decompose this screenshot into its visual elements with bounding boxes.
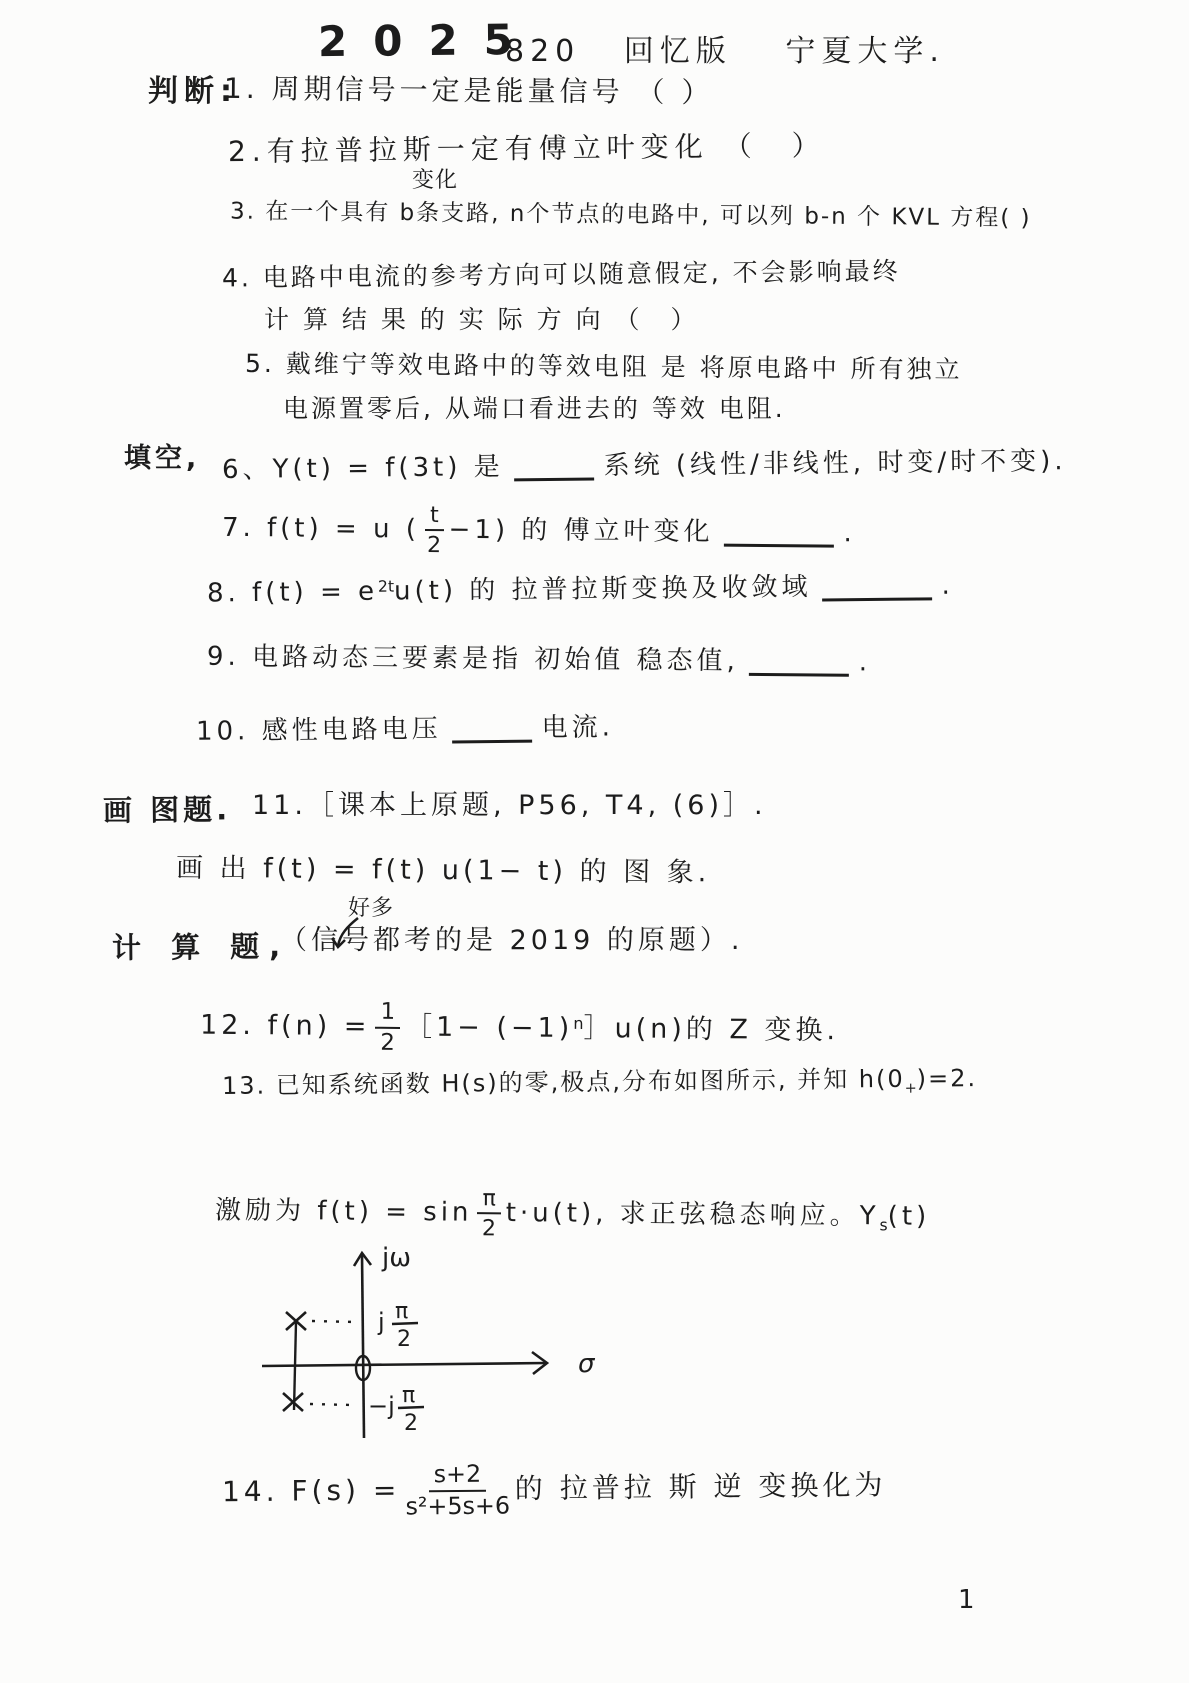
calc-q12-mid: ［1− (−1) [405, 1011, 574, 1043]
pole-upper-leader-line [312, 1321, 356, 1322]
header-recall-label: 回忆版 [624, 34, 732, 69]
fill-q8-mid: u(t) 的 拉普拉斯变换及收敛域 [394, 572, 812, 606]
calc-q13-response-subscript: s [879, 1216, 887, 1234]
sigma-axis [262, 1363, 546, 1366]
judge-q1: 1. 周期信号一定是能量信号 （ ） [224, 72, 714, 110]
pole-upper-label-numerator: π [395, 1299, 408, 1324]
judge-q4-line1: 4. 电路中电流的参考方向可以随意假定, 不会影响最终 [222, 256, 901, 293]
fill-q7-blank [723, 515, 833, 548]
judge-q4-line2: 计 算 结 果 的 实 际 方 向 （ ） [264, 305, 699, 335]
fill-q7-end: . [843, 518, 856, 548]
draw-q11: 11.［课本上原题, P56, T4, (6)］. [252, 790, 767, 822]
fill-q10: 10. 感性电路电压电流. [196, 710, 614, 748]
judge-q5-line2: 电源置零后, 从端口看进去的 等效 电阻. [283, 394, 786, 424]
calc-q12-pre: 12. f(n) = [200, 1010, 371, 1042]
calc-q14-pre: 14. F(s) = [222, 1473, 401, 1508]
calc-q13-line1-pre: 13. 已知系统函数 H(s)的零,极点,分布如图所示, 并知 h(0 [222, 1065, 905, 1100]
fill-q9-pre: 9. 电路动态三要素是指 初始值 稳态值, [207, 642, 739, 677]
header-university: 宁夏大学. [785, 34, 945, 69]
calc-note: （信号都考的是 2019 的原题）. [280, 925, 743, 957]
fraction-denominator: 2 [427, 531, 441, 556]
section-label-fill: 填空, [124, 443, 200, 475]
fraction-denominator: 2 [380, 1029, 395, 1055]
pole-lower-label-numerator: π [402, 1383, 415, 1408]
fill-q7-pre: 7. f(t) = u ( [222, 513, 420, 545]
fraction-numerator: π [477, 1187, 501, 1214]
calc-q12-post: ］u(n)的 Z 变换. [583, 1013, 839, 1046]
pole-upper-fraction-bar [392, 1323, 418, 1324]
header-exam-info: 820 回忆版 宁夏大学. [505, 34, 945, 70]
fill-q10-blank [451, 711, 531, 743]
fill-q7-fraction: t2 [425, 504, 444, 556]
fraction-numerator: t [425, 504, 444, 531]
fill-q6-blank [514, 449, 594, 481]
calc-q12: 12. f(n) =12［1− (−1)n］u(n)的 Z 变换. [200, 999, 840, 1058]
page-number: 1 [958, 1585, 975, 1615]
fill-q8: 8. f(t) = e2tu(t) 的 拉普拉斯变换及收敛域. [207, 568, 954, 610]
pole-lower-leader-line [310, 1404, 352, 1405]
judge-q3: 3. 在一个具有 b条支路, n个节点的电路中, 可以列 b-n 个 KVL 方… [230, 199, 1032, 234]
calc-q13-line1: 13. 已知系统函数 H(s)的零,极点,分布如图所示, 并知 h(0+)=2. [222, 1064, 977, 1105]
calc-q13-line2-end: (t) [888, 1201, 931, 1231]
calc-q12-fraction: 12 [375, 1001, 400, 1055]
exam-page: 2025 820 回忆版 宁夏大学. 判断: 1. 周期信号一定是能量信号 （ … [0, 0, 1189, 1683]
header-exam-code: 820 [505, 34, 580, 69]
pole-lower-label-prefix: −j [368, 1392, 395, 1420]
calc-q14-post: 的 拉普拉 斯 逆 变换化为 [515, 1468, 887, 1505]
section-label-draw: 画 图题. [103, 792, 231, 828]
fill-q8-exponent: 2t [378, 578, 394, 596]
fraction-denominator: s²+5s+6 [405, 1491, 510, 1519]
calc-q13-line2: 激励为 f(t) = sinπ2t·u(t), 求正弦稳态响应。Ys(t) [215, 1185, 931, 1243]
fill-q8-pre: 8. f(t) = e [207, 577, 378, 609]
calc-q13-fraction: π2 [477, 1187, 501, 1239]
fill-q7-mid: −1) 的 傅立叶变化 [448, 515, 713, 547]
fraction-numerator: s+2 [429, 1463, 487, 1492]
pole-lower-fraction-bar [398, 1407, 424, 1408]
calc-q12-exponent: n [573, 1014, 583, 1033]
pole-zero-diagram: jω σ j π 2 −j π 2 [230, 1238, 650, 1448]
judge-q2: 2.有拉普拉斯一定有傅立叶变化 （ ） [228, 129, 826, 169]
pole-lower-label-denominator: 2 [404, 1411, 418, 1436]
fill-q6-pre: 6、Y(t) = f(3t) 是 [222, 452, 504, 485]
calc-q13-line1-end: )=2. [917, 1064, 978, 1093]
calc-q13-line2-pre: 激励为 f(t) = sin [215, 1195, 473, 1227]
fraction-denominator: 2 [482, 1214, 496, 1239]
fill-q9: 9. 电路动态三要素是指 初始值 稳态值,. [207, 639, 871, 679]
jw-axis [362, 1254, 364, 1438]
fill-q6: 6、Y(t) = f(3t) 是系统 (线性/非线性, 时变/时不变). [222, 444, 1067, 487]
fill-q10-post: 电流. [541, 712, 614, 743]
fill-q10-pre: 10. 感性电路电压 [196, 714, 442, 747]
fill-q7: 7. f(t) = u (t2−1) 的 傅立叶变化. [222, 502, 856, 560]
fill-q8-blank [821, 568, 931, 601]
calc-q14-fraction: s+2s²+5s+6 [405, 1462, 510, 1519]
fill-q6-post: 系统 (线性/非线性, 时变/时不变). [604, 446, 1067, 481]
fill-q9-end: . [859, 647, 872, 677]
section-label-calc: 计 算 题, [112, 929, 291, 966]
fill-q8-end: . [941, 571, 954, 601]
draw-q11-figure-caption: 画 出 f(t) = f(t) u(1− t) 的 图 象. [176, 853, 711, 890]
pole-upper-label-denominator: 2 [397, 1327, 411, 1352]
judge-q5-line1: 5. 戴维宁等效电路中的等效电阻 是 将原电路中 所有独立 [245, 349, 963, 385]
fraction-numerator: 1 [375, 1001, 400, 1029]
calc-q13-subscript-plus: + [905, 1081, 917, 1097]
jw-axis-label: jω [381, 1243, 411, 1273]
pole-connector-line [294, 1322, 296, 1410]
sigma-axis-label: σ [578, 1349, 596, 1379]
pole-upper-label-prefix: j [377, 1308, 385, 1336]
judge-q2-insert-annotation: 变化 [412, 168, 458, 194]
calc-q14: 14. F(s) =s+2s²+5s+6的 拉普拉 斯 逆 变换化为 [222, 1459, 887, 1522]
calc-q13-line2-mid: t·u(t), 求正弦稳态响应。Y [506, 1198, 880, 1231]
fill-q9-blank [749, 644, 849, 676]
